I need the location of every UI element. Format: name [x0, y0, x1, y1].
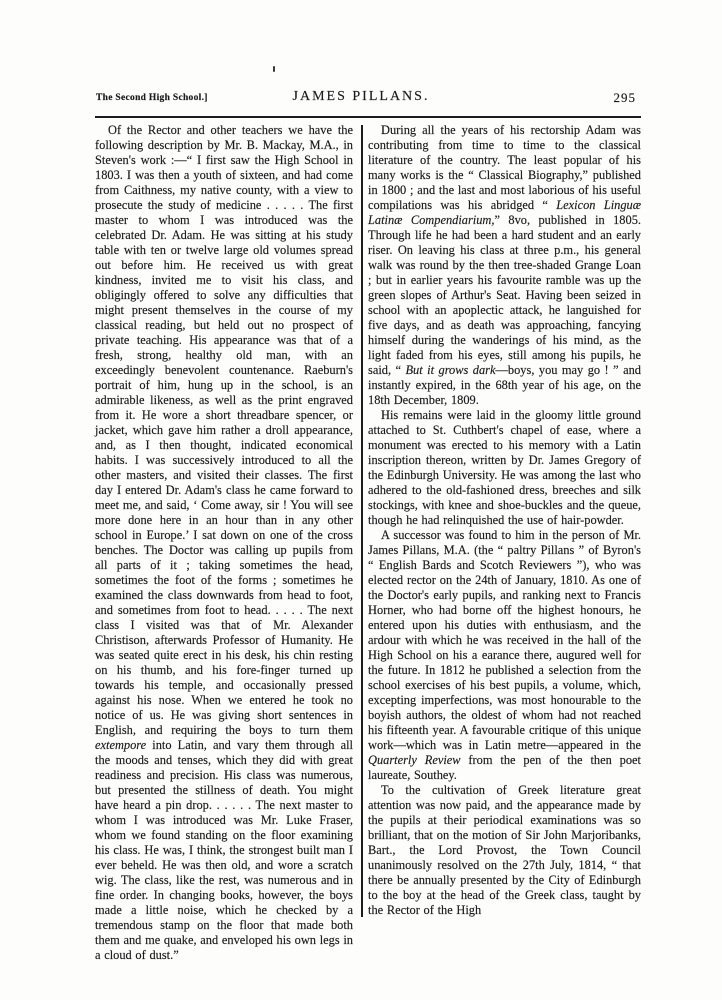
ink-speck-artifact	[273, 66, 275, 72]
paragraph: His remains were laid in the gloomy litt…	[368, 408, 641, 528]
paragraph: During all the years of his rectorship A…	[368, 123, 641, 408]
column-divider	[361, 125, 363, 917]
running-title: The Second High School.]	[96, 93, 208, 103]
paragraph: To the cultivation of Greek literature g…	[368, 783, 641, 918]
header-rule	[95, 116, 641, 118]
paragraph: A successor was found to him in the pers…	[368, 528, 641, 783]
paragraph: Of the Rector and other teachers we have…	[95, 123, 353, 963]
right-column: During all the years of his rectorship A…	[368, 123, 641, 918]
left-column: Of the Rector and other teachers we have…	[95, 123, 353, 963]
page-number: 295	[614, 90, 637, 106]
book-page: JAMES PILLANS. The Second High School.] …	[0, 0, 722, 1000]
